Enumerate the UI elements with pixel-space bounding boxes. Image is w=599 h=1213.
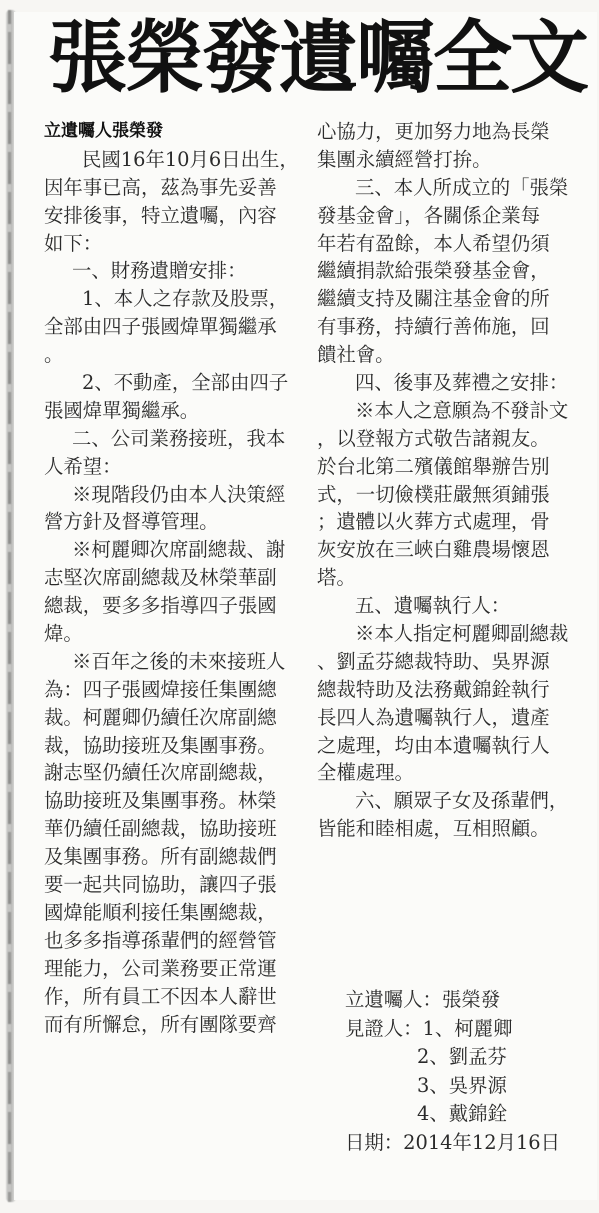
text-line: 繼續支持及關注基金會的所 <box>317 285 579 313</box>
right-column: 心協力，更加努力地為長榮集團永續經營打拚。三、本人所成立的「張榮發基金會」，各關… <box>317 118 579 843</box>
text-line: 五、遺囑執行人： <box>317 592 579 620</box>
text-line: 一、財務遺贈安排： <box>44 257 300 285</box>
witness-line-2: 2、劉孟芬 <box>345 1043 560 1072</box>
text-line: 心協力，更加努力地為長榮 <box>317 118 579 146</box>
text-line: ※現階段仍由本人決策經 <box>44 481 300 509</box>
text-line: 、劉孟芬總裁特助、吳界源 <box>317 648 579 676</box>
text-line: 繼續捐款給張榮發基金會， <box>317 257 579 285</box>
right-column-lines: 心協力，更加努力地為長榮集團永續經營打拚。三、本人所成立的「張榮發基金會」，各關… <box>317 118 579 843</box>
text-line: 裁。柯麗卿仍續任次席副總 <box>44 704 300 732</box>
text-line: 理能力，公司業務要正常運 <box>44 955 300 983</box>
text-line: 皆能和睦相處，互相照顧。 <box>317 815 579 843</box>
text-line: 二、公司業務接班，我本 <box>44 425 300 453</box>
witness-line-1: 見證人：1、柯麗卿 <box>345 1015 560 1044</box>
text-line: 謝志堅仍續任次席副總裁， <box>44 759 300 787</box>
text-line: 全權處理。 <box>317 759 579 787</box>
testator-line: 立遺囑人：張榮發 <box>345 986 560 1015</box>
text-line: 灰安放在三峽白雞農場懷恩 <box>317 536 579 564</box>
text-line: 協助接班及集團事務。林榮 <box>44 787 300 815</box>
text-line: 饋社會。 <box>317 341 579 369</box>
text-line: 1、本人之存款及股票， <box>44 285 300 313</box>
text-line: ；遺體以火葬方式處理，骨 <box>317 508 579 536</box>
text-line: 為：四子張國煒接任集團總 <box>44 676 300 704</box>
text-line: 六、願眾子女及孫輩們， <box>317 787 579 815</box>
text-line: ※本人之意願為不發訃文 <box>317 397 579 425</box>
text-line: 。 <box>44 341 300 369</box>
text-line: 志堅次席副總裁及林榮華副 <box>44 564 300 592</box>
text-line: ※柯麗卿次席副總裁、謝 <box>44 536 300 564</box>
witness-line-3: 3、吳界源 <box>345 1072 560 1101</box>
text-line: 張國煒單獨繼承。 <box>44 397 300 425</box>
text-line: 也多多指導孫輩們的經營管 <box>44 927 300 955</box>
text-line: 如下： <box>44 230 300 258</box>
text-line: 因年事已高，茲為事先妥善 <box>44 174 300 202</box>
text-line: 總裁，要多多指導四子張國 <box>44 592 300 620</box>
text-line: 裁，協助接班及集團事務。 <box>44 732 300 760</box>
text-line: 發基金會」，各關係企業每 <box>317 202 579 230</box>
witness-line-4: 4、戴錦銓 <box>345 1100 560 1129</box>
text-line: 全部由四子張國煒單獨繼承 <box>44 313 300 341</box>
text-line: 營方針及督導管理。 <box>44 508 300 536</box>
text-line: 長四人為遺囑執行人，遺產 <box>317 704 579 732</box>
text-line: 要一起共同協助，讓四子張 <box>44 871 300 899</box>
text-line: 煒。 <box>44 620 300 648</box>
signature-block: 立遺囑人：張榮發 見證人：1、柯麗卿 2、劉孟芬 3、吳界源 4、戴錦銓 日期：… <box>345 986 560 1158</box>
text-line: ※本人指定柯麗卿副總裁 <box>317 620 579 648</box>
text-line: 民國16年10月6日出生， <box>44 146 300 174</box>
text-line: 式，一切儉樸莊嚴無須鋪張 <box>317 481 579 509</box>
text-line: ，以登報方式敬告諸親友。 <box>317 425 579 453</box>
text-line: 安排後事，特立遺囑，內容 <box>44 202 300 230</box>
text-line: 2、不動產，全部由四子 <box>44 369 300 397</box>
text-line: 集團永續經營打拚。 <box>317 146 579 174</box>
text-line: 華仍續任副總裁，協助接班 <box>44 815 300 843</box>
date-line: 日期：2014年12月16日 <box>345 1129 560 1158</box>
text-line: 塔。 <box>317 564 579 592</box>
left-column-lines: 民國16年10月6日出生，因年事已高，茲為事先妥善安排後事，特立遺囑，內容如下：… <box>44 146 300 1039</box>
text-line: 有事務，持續行善佈施，回 <box>317 313 579 341</box>
headline: 張榮發遺囑全文 <box>48 14 568 102</box>
text-line: 總裁特助及法務戴錦銓執行 <box>317 676 579 704</box>
text-line: 之處理，均由本遺囑執行人 <box>317 732 579 760</box>
text-line: 及集團事務。所有副總裁們 <box>44 843 300 871</box>
byline: 立遺囑人張榮發 <box>44 118 300 146</box>
text-line: 年若有盈餘，本人希望仍須 <box>317 230 579 258</box>
left-column: 立遺囑人張榮發 民國16年10月6日出生，因年事已高，茲為事先妥善安排後事，特立… <box>44 118 300 1038</box>
text-line: 作，所有員工不因本人辭世 <box>44 983 300 1011</box>
text-line: 人希望： <box>44 453 300 481</box>
text-line: 四、後事及葬禮之安排： <box>317 369 579 397</box>
text-line: ※百年之後的未來接班人 <box>44 648 300 676</box>
text-line: 國煒能順利接任集團總裁， <box>44 899 300 927</box>
text-line: 三、本人所成立的「張榮 <box>317 174 579 202</box>
text-line: 於台北第二殯儀館舉辦告別 <box>317 453 579 481</box>
text-line: 而有所懈怠，所有團隊要齊 <box>44 1011 300 1039</box>
